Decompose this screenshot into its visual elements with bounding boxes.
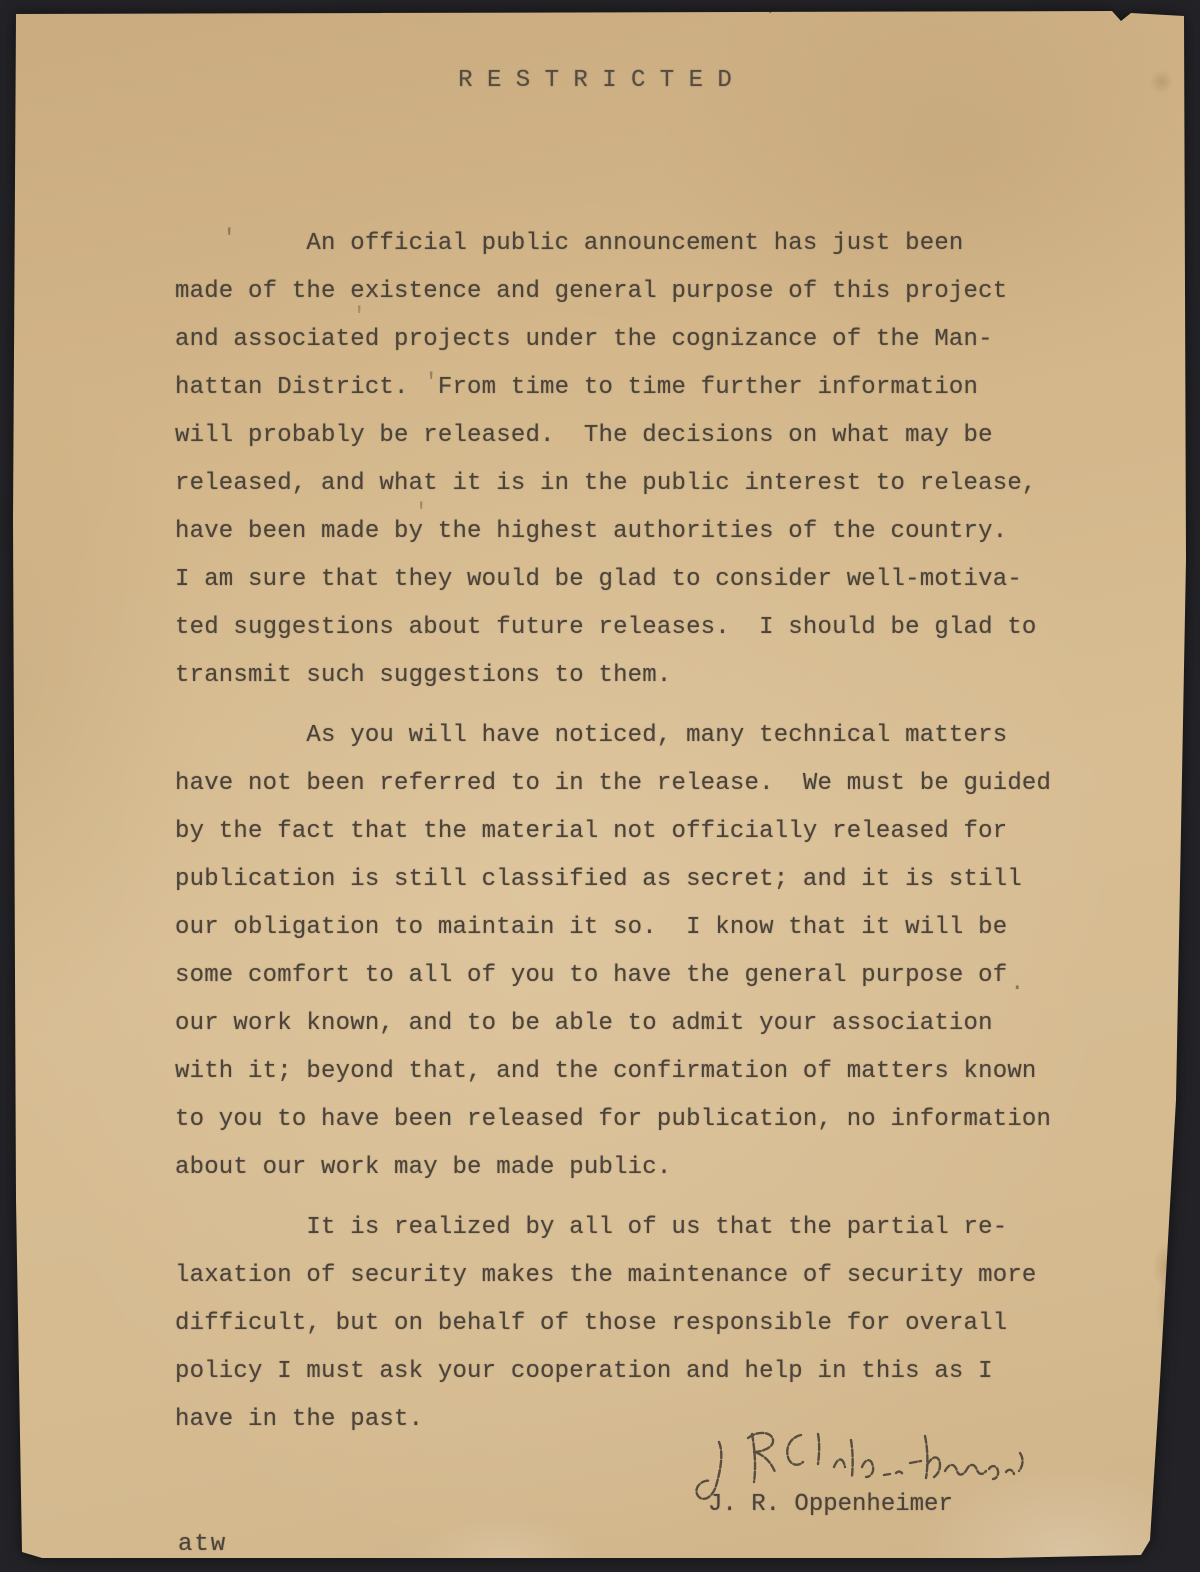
text-line: transmit such suggestions to them. [175, 652, 1051, 700]
stray-typewriter-mark: ' [352, 306, 366, 330]
stray-typewriter-mark: ' [424, 372, 438, 396]
paper-shadow: R E S T R I C T E D An official public a… [0, 0, 1200, 1572]
text-line: and associated projects under the cogniz… [175, 316, 1051, 364]
text-line: hattan District. From time to time furth… [175, 364, 1051, 412]
text-line: our obligation to maintain it so. I know… [175, 904, 1051, 952]
text-line: to you to have been released for publica… [175, 1096, 1051, 1144]
text-line: policy I must ask your cooperation and h… [175, 1348, 1051, 1396]
typed-signature-name: J. R. Oppenheimer [708, 1490, 953, 1520]
letter-body: An official public announcement has just… [175, 220, 1051, 1444]
text-line: It is realized by all of us that the par… [175, 1204, 1051, 1252]
stray-typewriter-mark: ' [763, 6, 777, 30]
text-line: our work known, and to be able to admit … [175, 1000, 1051, 1048]
text-line: have been made by the highest authoritie… [175, 508, 1051, 556]
stray-typewriter-mark: . [1010, 972, 1024, 996]
paragraph-3: It is realized by all of us that the par… [175, 1204, 1051, 1444]
stray-typewriter-mark: ' [222, 228, 236, 252]
text-line: about our work may be made public. [175, 1144, 1051, 1192]
text-line: difficult, but on behalf of those respon… [175, 1300, 1051, 1348]
text-line: have not been referred to in the release… [175, 760, 1051, 808]
stray-typewriter-mark: ' [414, 502, 428, 526]
document-page: R E S T R I C T E D An official public a… [0, 0, 1200, 1572]
classification-header: R E S T R I C T E D [0, 66, 1190, 96]
text-line: publication is still classified as secre… [175, 856, 1051, 904]
typist-initials: atw [178, 1530, 227, 1560]
text-line: As you will have noticed, many technical… [175, 712, 1051, 760]
text-line: I am sure that they would be glad to con… [175, 556, 1051, 604]
text-line: released, and what it is in the public i… [175, 460, 1051, 508]
text-line: made of the existence and general purpos… [175, 268, 1051, 316]
text-line: will probably be released. The decisions… [175, 412, 1051, 460]
text-line: with it; beyond that, and the confirmati… [175, 1048, 1051, 1096]
paragraph-2: As you will have noticed, many technical… [175, 712, 1051, 1192]
text-line: ted suggestions about future releases. I… [175, 604, 1051, 652]
paragraph-1: An official public announcement has just… [175, 220, 1051, 700]
text-line: by the fact that the material not offici… [175, 808, 1051, 856]
photo-background: R E S T R I C T E D An official public a… [0, 0, 1200, 1572]
text-line: some comfort to all of you to have the g… [175, 952, 1051, 1000]
text-line: laxation of security makes the maintenan… [175, 1252, 1051, 1300]
text-line: An official public announcement has just… [175, 220, 1051, 268]
